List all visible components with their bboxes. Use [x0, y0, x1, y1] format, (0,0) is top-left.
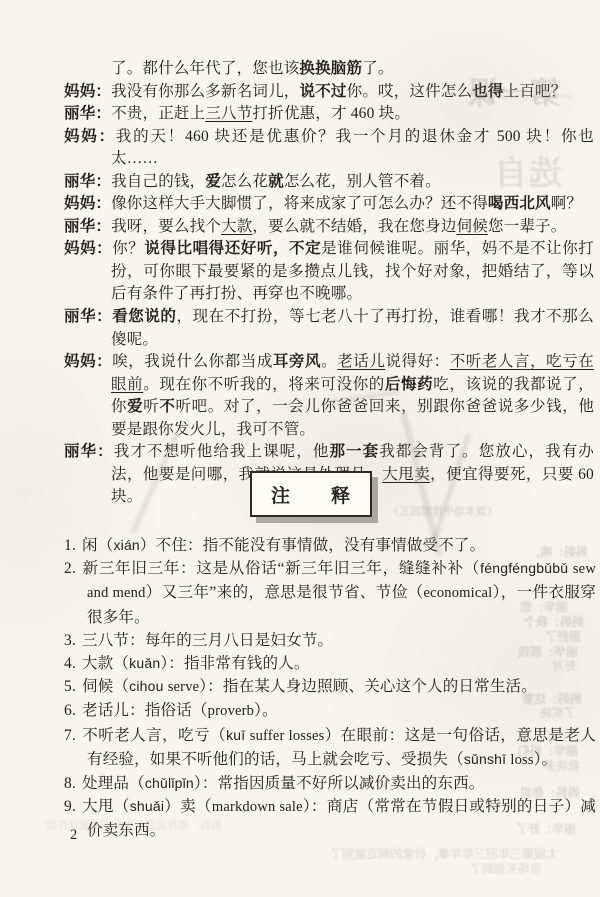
text-segment: 打折优惠，才 460 块。 [252, 105, 410, 122]
text-segment: 了。 [362, 60, 393, 77]
text-segment: 怎么花 [221, 173, 268, 190]
note-item: 5.伺候（cihou serve）：指在某人身边照顾、关心这个人的日常生活。 [64, 675, 596, 699]
notes-heading-box: 注 释 [250, 471, 372, 517]
bleed-through-text: 太服第三年旧三年年拿，价家的间近就别了 [330, 845, 558, 862]
text-segment: 怎么花，别人管不着。 [284, 173, 441, 190]
note-number: 9. [64, 798, 82, 815]
notes-section: 1.闲（xián）不住：指不能没有事情做，没有事情做受不了。2.新三年旧三年：这… [64, 534, 596, 843]
note-number: 2. [64, 560, 82, 577]
text-segment: 听吧。对了，一会儿你爸爸回来，别跟你爸爸说多少钱，他要是跟你发火儿，我可不管。 [111, 398, 594, 438]
note-item: 2.新三年旧三年：这是从俗话“新三年旧三年，缝缝补补（féngféngbǔbǔ … [64, 557, 596, 629]
text-segment: 耳旁风 [273, 353, 321, 370]
text-segment: 说得比唱得还好听，不定 [144, 240, 321, 257]
note-item: 3.三八节：每年的三月八日是妇女节。 [64, 629, 596, 652]
text-segment: 不 [159, 398, 175, 415]
dialogue-turn: 妈妈：像你这样大手大脚惯了，将来成家了可怎么办？还不得喝西北风啊？ [64, 193, 594, 216]
note-number: 8. [64, 775, 82, 792]
note-number: 5. [64, 678, 82, 695]
text-segment: 后悔药 [385, 376, 433, 393]
text-segment: 。现在你不听我的，将来可没你的 [143, 376, 385, 393]
page-number: 2 [70, 827, 77, 844]
text-segment: 换换脑筋 [299, 60, 362, 77]
note-item: 6.老话儿：指俗话（proverb）。 [64, 699, 596, 723]
text-segment: 看您说的 [112, 308, 176, 325]
dialogue-turn: 妈妈：你？说得比唱得还好听，不定是谁伺候谁呢。丽华，妈不是不让你打扮，可你眼下最… [64, 238, 594, 306]
note-number: 1. [64, 537, 82, 554]
text-segment: proverb [208, 703, 255, 719]
notes-heading-char: 释 [331, 481, 351, 508]
text-segment: 三八节 [205, 105, 252, 122]
note-item: 9.大甩（shuǎi）卖（markdown sale）：商店（常常在节假日或特别… [64, 795, 596, 842]
scanned-page: { "page": { "number": "2" }, "dialogue":… [0, 0, 600, 897]
text-segment: 。 [321, 353, 337, 370]
text-segment: 老话儿：指俗话（ [82, 702, 208, 719]
note-number: 4. [64, 655, 82, 672]
dialogue-turn: 妈妈：我的天！460 块还是优惠价？我一个月的退休金才 500 块！你也太…… [64, 126, 594, 171]
text-segment: 我才不想听他给我上课呢，他 [114, 443, 330, 460]
text-segment: 大款 [221, 218, 252, 235]
dialogue-turn: 丽华：看您说的，现在不打扮，等七老八十了再打扮，谁看哪！我才不那么傻呢。 [64, 306, 594, 351]
text-segment: ）：指在某人身边照顾、关心这个人的日常生活。 [199, 678, 537, 695]
note-number: 6. [64, 702, 82, 719]
text-segment: ，现在不打扮，等七老八十了再打扮，谁看哪！我才不那么傻呢。 [111, 308, 594, 348]
text-segment: 了。都什么年代了，您也该 [111, 60, 299, 77]
note-number: 3. [64, 632, 82, 649]
speaker-label: 妈妈： [64, 195, 111, 212]
text-segment: 闲（ [82, 537, 113, 554]
dialogue-turn: 了。都什么年代了，您也该换换脑筋了。 [64, 58, 594, 81]
text-segment: 大款（ [82, 655, 129, 672]
text-segment: 新三年旧三年：这是从俗话“新三年旧三年，缝缝补补（ [82, 560, 480, 577]
text-segment: 伺候 [457, 218, 488, 235]
note-item: 4.大款（kuǎn）：指非常有钱的人。 [64, 652, 596, 675]
text-segment: economical [424, 585, 493, 601]
text-segment: 爱 [127, 398, 143, 415]
text-segment: 上百吧？ [504, 83, 567, 100]
text-segment: 你？ [112, 240, 144, 257]
note-item: 7.不听老人言，吃亏（kuī suffer losses）在眼前：这是一句俗话，… [64, 724, 596, 772]
text-segment: 三八节：每年的三月八日是妇女节。 [82, 632, 333, 649]
text-segment: ）又三年”来的，意思是很节省、节俭（ [146, 584, 424, 601]
text-segment: 爱 [205, 173, 221, 190]
text-segment: 说得好： [385, 353, 449, 370]
text-segment: ，要么就不结婚，我在您身边 [252, 218, 456, 235]
text-segment: loss [510, 752, 533, 768]
speaker-label: 丽华： [64, 105, 111, 122]
text-segment: 你。哎，这件怎么 [347, 83, 473, 100]
text-segment: 说不过 [300, 83, 347, 100]
text-segment: 也得 [472, 83, 503, 100]
text-segment: markdown sale [212, 799, 303, 815]
text-segment: féngféngbǔbǔ [480, 560, 568, 576]
dialogue-turn: 妈妈：唉，我说什么你都当成耳旁风。老话儿说得好：不听老人言，吃亏在眼前。现在你不… [64, 351, 594, 441]
text-segment: ）。 [534, 751, 558, 768]
text-segment: xián [113, 537, 139, 553]
note-number: 7. [64, 727, 82, 744]
text-segment: 像你这样大手大脚惯了，将来成家了可怎么办？还不得 [111, 195, 488, 212]
text-segment: suffer losses [250, 728, 325, 744]
text-segment: serve [168, 679, 200, 695]
text-segment: 不贵，正赶上 [111, 105, 205, 122]
text-segment: 啊？ [551, 195, 582, 212]
text-segment: 您一辈子。 [488, 218, 567, 235]
dialogue-turn: 妈妈：我没有你那么多新名词儿，说不过你。哎，这件怎么也得上百吧？ [64, 81, 594, 104]
text-segment: ）不住：指不能没有事情做，没有事情做受不了。 [140, 537, 485, 554]
text-segment: 我的天！460 块还是优惠价？我一个月的退休金才 500 块！你也太…… [111, 128, 594, 168]
dialogue-turn: 丽华：不贵，正赶上三八节打折优惠，才 460 块。 [64, 103, 594, 126]
text-segment: 听 [143, 398, 159, 415]
text-segment: kuǎn [129, 655, 160, 671]
bleed-through-text: 市场买划到了 [470, 860, 542, 877]
text-segment: 喝西北风 [488, 195, 551, 212]
text-segment: 大甩卖 [382, 466, 430, 483]
text-segment: ）：指非常有钱的人。 [160, 655, 309, 672]
speaker-label: 妈妈： [64, 83, 111, 100]
text-segment: 老话儿 [337, 353, 385, 370]
text-segment: 唉，我说什么你都当成 [112, 353, 273, 370]
dialogue-section: 了。都什么年代了，您也该换换脑筋了。妈妈：我没有你那么多新名词儿，说不过你。哎，… [64, 58, 594, 509]
text-segment: 我呀，要么找个 [111, 218, 221, 235]
text-segment: 不听老人言，吃亏（ [82, 727, 226, 744]
speaker-label: 丽华： [64, 443, 114, 460]
speaker-label: 妈妈： [64, 128, 116, 145]
text-segment: 那一套 [329, 443, 379, 460]
text-segment: 就 [268, 173, 284, 190]
speaker-label: 丽华： [64, 218, 111, 235]
speaker-label: 丽华： [64, 173, 111, 190]
text-segment: chǔlǐpǐn [145, 775, 194, 791]
speaker-label: 妈妈： [64, 240, 112, 257]
text-segment: ）。 [254, 702, 278, 719]
note-item: 1.闲（xián）不住：指不能没有事情做，没有事情做受不了。 [64, 534, 596, 557]
text-segment: kuī [226, 727, 245, 743]
text-segment: 伺候（ [82, 678, 129, 695]
text-segment: 我自己的钱， [111, 173, 205, 190]
text-segment: sǔnshī [464, 751, 506, 767]
text-segment: ）：常指因质量不好所以减价卖出的东西。 [194, 775, 485, 792]
text-segment: 处理品（ [82, 775, 145, 792]
text-segment: shuǎi [130, 798, 164, 814]
speaker-label: 妈妈： [64, 353, 112, 370]
dialogue-turn: 丽华：我呀，要么找个大款，要么就不结婚，我在您身边伺候您一辈子。 [64, 216, 594, 239]
text-segment: cihou [129, 678, 163, 694]
dialogue-turn: 丽华：我自己的钱，爱怎么花就怎么花，别人管不着。 [64, 171, 594, 194]
text-segment: ）卖（ [164, 798, 212, 815]
speaker-label: 丽华： [64, 308, 112, 325]
notes-heading-char: 注 [271, 481, 291, 508]
text-segment: 我没有你那么多新名词儿， [111, 83, 299, 100]
note-item: 8.处理品（chǔlǐpǐn）：常指因质量不好所以减价卖出的东西。 [64, 772, 596, 795]
text-segment: 大甩（ [82, 798, 130, 815]
